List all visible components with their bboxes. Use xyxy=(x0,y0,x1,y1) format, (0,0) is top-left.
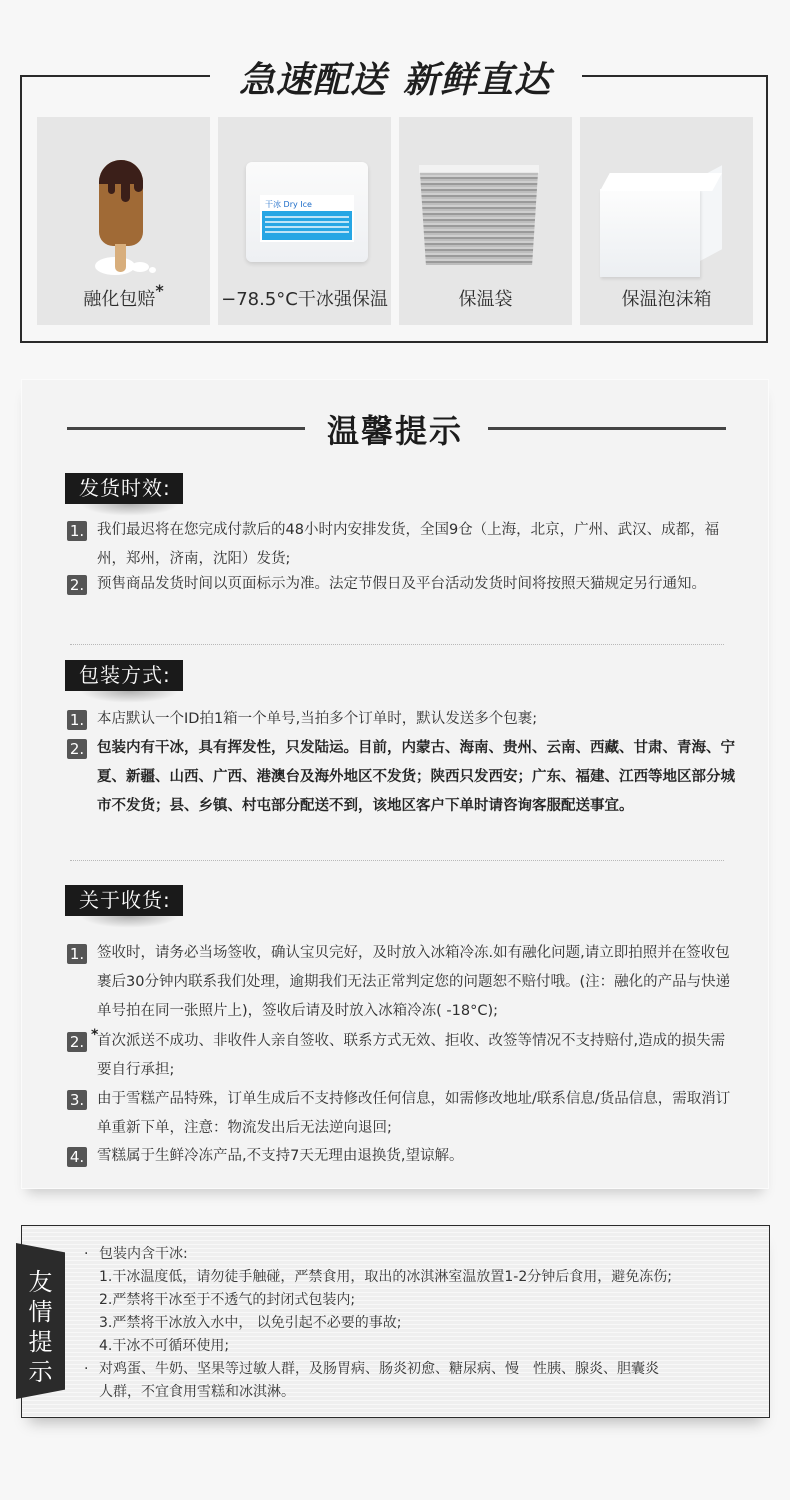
feature-card-melt-compensation: 融化包赔* xyxy=(37,117,210,325)
bullet-dot: · xyxy=(84,1358,99,1381)
card-label: 融化包赔* xyxy=(37,285,210,311)
item-text: 首次派送不成功、非收件人亲自签收、联系方式无效、拒收、改签等情况不支持赔付,造成… xyxy=(67,1027,737,1085)
number-badge: 2. xyxy=(67,739,87,759)
warm-tips-panel: 温馨提示 发货时效: 1. 我们最迟将在您完成付款后的48小时内安排发货，全国9… xyxy=(21,379,769,1189)
list-item: 2. 预售商品发货时间以页面标示为准。法定节假日及平台活动发货时间将按照天猫规定… xyxy=(67,570,737,599)
list-item: 1. 我们最迟将在您完成付款后的48小时内安排发货，全国9仓（上海，北京，广州、… xyxy=(67,516,737,574)
item-text: 雪糕属于生鲜冷冻产品,不支持7天无理由退换货,望谅解。 xyxy=(67,1142,737,1171)
foil-bag-rim xyxy=(419,165,539,173)
dotted-divider xyxy=(70,644,724,645)
title-divider-right xyxy=(488,427,726,430)
friendly-line: ·包装内含干冰: xyxy=(84,1243,764,1266)
dry-ice-pack-label: 干冰 Dry Ice xyxy=(262,197,352,211)
friendly-line: 4.干冰不可循环使用; xyxy=(84,1335,764,1358)
section-tag-shipping-time: 发货时效: xyxy=(65,473,183,504)
frame-line-right xyxy=(582,75,768,77)
number-badge: 1. xyxy=(67,944,87,964)
bullet-dot: · xyxy=(84,1243,99,1266)
asterisk-mark: * xyxy=(155,281,163,300)
foam-box-icon xyxy=(600,169,724,277)
item-text: 我们最迟将在您完成付款后的48小时内安排发货，全国9仓（上海，北京，广州、武汉、… xyxy=(67,516,737,574)
friendly-tips-tab: 友 情 提 示 xyxy=(16,1243,65,1399)
asterisk-mark: * xyxy=(91,1021,98,1050)
card-label: 保温袋 xyxy=(399,285,572,311)
number-badge: 2. xyxy=(67,575,87,595)
item-text: 由于雪糕产品特殊，订单生成后不支持修改任何信息，如需修改地址/联系信息/货品信息… xyxy=(67,1085,737,1143)
item-text: 本店默认一个ID拍1箱一个单号,当拍多个订单时，默认发送多个包裹; xyxy=(67,705,737,734)
dotted-divider xyxy=(70,860,724,861)
tips-title-row: 温馨提示 xyxy=(22,404,768,454)
list-item: 1. 本店默认一个ID拍1箱一个单号,当拍多个订单时，默认发送多个包裹; xyxy=(67,705,737,734)
friendly-tips-tab-label: 友 情 提 示 xyxy=(16,1267,65,1387)
melting-popsicle-icon xyxy=(99,160,143,272)
feature-card-foam-box: 保温泡沫箱 xyxy=(580,117,753,325)
number-badge: 1. xyxy=(67,710,87,730)
card-label: −78.5°C干冰强保温 xyxy=(218,285,391,311)
item-text: 包装内有干冰，具有挥发性，只发陆运。目前，内蒙古、海南、贵州、云南、西藏、甘肃、… xyxy=(67,734,737,821)
section-tag-receiving: 关于收货: xyxy=(65,885,183,916)
friendly-line: 人群，不宜食用雪糕和冰淇淋。 xyxy=(84,1381,764,1404)
feature-card-dry-ice: 干冰 Dry Ice −78.5°C干冰强保温 xyxy=(218,117,391,325)
number-badge: 2. xyxy=(67,1032,87,1052)
feature-cards: 融化包赔* 干冰 Dry Ice −78.5°C干冰强保温 保温袋 保温泡沫箱 xyxy=(37,117,753,325)
dry-ice-pack-icon: 干冰 Dry Ice xyxy=(246,162,368,262)
friendly-line: 3.严禁将干冰放入水中， 以免引起不必要的事故; xyxy=(84,1312,764,1335)
list-item: 2. * 首次派送不成功、非收件人亲自签收、联系方式无效、拒收、改签等情况不支持… xyxy=(67,1027,737,1085)
item-text: 签收时，请务必当场签收，确认宝贝完好，及时放入冰箱冷冻.如有融化问题,请立即拍照… xyxy=(67,939,737,1026)
frame-line-left xyxy=(20,75,210,77)
friendly-line: 1.干冰温度低，请勿徒手触碰，严禁食用，取出的冰淇淋室温放置1-2分钟后食用，避… xyxy=(84,1266,764,1289)
item-text: 预售商品发货时间以页面标示为准。法定节假日及平台活动发货时间将按照天猫规定另行通… xyxy=(67,570,737,599)
card-label: 保温泡沫箱 xyxy=(580,285,753,311)
foil-insulated-bag-icon xyxy=(420,169,538,265)
list-item: 2. 包装内有干冰，具有挥发性，只发陆运。目前，内蒙古、海南、贵州、云南、西藏、… xyxy=(67,734,737,821)
friendly-line: ·对鸡蛋、牛奶、坚果等过敏人群，及肠胃病、肠炎初愈、糖尿病、慢 性胰、腺炎、胆囊… xyxy=(84,1358,764,1381)
number-badge: 4. xyxy=(67,1147,87,1167)
melt-puddle-drop xyxy=(149,267,156,273)
number-badge: 3. xyxy=(67,1090,87,1110)
list-item: 1. 签收时，请务必当场签收，确认宝贝完好，及时放入冰箱冷冻.如有融化问题,请立… xyxy=(67,939,737,1026)
list-item: 4. 雪糕属于生鲜冷冻产品,不支持7天无理由退换货,望谅解。 xyxy=(67,1142,737,1171)
friendly-line: 2.严禁将干冰至于不透气的封闭式包装内; xyxy=(84,1289,764,1312)
list-item: 3. 由于雪糕产品特殊，订单生成后不支持修改任何信息，如需修改地址/联系信息/货… xyxy=(67,1085,737,1143)
feature-card-insulated-bag: 保温袋 xyxy=(399,117,572,325)
section-tag-packaging: 包装方式: xyxy=(65,660,183,691)
friendly-tips-list: ·包装内含干冰: 1.干冰温度低，请勿徒手触碰，严禁食用，取出的冰淇淋室温放置1… xyxy=(84,1243,764,1404)
number-badge: 1. xyxy=(67,521,87,541)
